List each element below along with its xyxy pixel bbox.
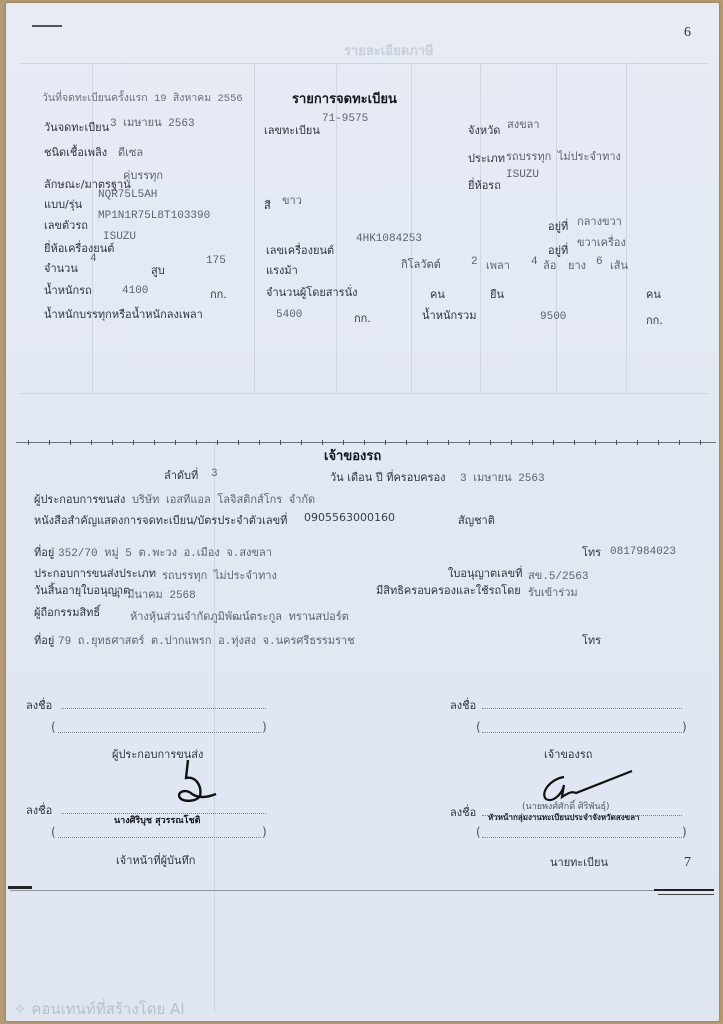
perforation-tick bbox=[679, 440, 680, 445]
operator-value: บริษัท เอสทีแอล โลจิสติกส์โกร จำกัด bbox=[132, 490, 315, 508]
tires-label: ยาง bbox=[568, 256, 586, 274]
horsepower-label: แรงม้า bbox=[266, 261, 298, 279]
perforation-tick bbox=[301, 440, 302, 445]
perforation-tick bbox=[385, 440, 386, 445]
engine-number-value: 4HK1084253 bbox=[356, 233, 422, 245]
bleed-through-title: รายละเอียดภาษี bbox=[344, 40, 434, 61]
perforation-tick bbox=[175, 440, 176, 445]
owner-name-line[interactable] bbox=[482, 732, 682, 733]
perforation-tick bbox=[280, 440, 281, 445]
fuel-value: ดีเซล bbox=[118, 143, 143, 161]
type-value: รถบรรทุก ไม่ประจำทาง bbox=[506, 147, 621, 165]
chassis-value: MP1N1R75L8T103390 bbox=[98, 210, 210, 222]
perforation-tick bbox=[259, 440, 260, 445]
owner-sign-line[interactable] bbox=[482, 708, 682, 709]
bottom-right-bar-2 bbox=[658, 894, 714, 895]
color-label: สี bbox=[264, 196, 271, 214]
owner-role: เจ้าของรถ bbox=[544, 745, 592, 763]
id-document-value: 0905563000160 bbox=[304, 511, 395, 524]
chassis-location-value: กลางขวา bbox=[577, 212, 622, 230]
perforation-tick bbox=[427, 440, 428, 445]
engine-number-label: เลขเครื่องยนต์ bbox=[266, 241, 334, 259]
kilowatt-label: กิโลวัตต์ bbox=[401, 255, 441, 273]
perforation-tick bbox=[658, 440, 659, 445]
perforation-tick bbox=[28, 440, 29, 445]
perforation-tick bbox=[217, 440, 218, 445]
license-expiry-value: 4 มีนาคม 2568 bbox=[114, 585, 196, 603]
registrar-sign-label: ลงชื่อ bbox=[450, 803, 476, 821]
model-value: NQR75L5AH bbox=[98, 189, 157, 201]
color-value: ขาว bbox=[282, 191, 302, 209]
cylinders-value: 4 bbox=[90, 253, 97, 265]
perforation-tick bbox=[553, 440, 554, 445]
perforation-tick bbox=[91, 440, 92, 445]
nationality-label: สัญชาติ bbox=[458, 511, 495, 529]
weight-unit: กก. bbox=[210, 285, 227, 303]
tires-value: 6 bbox=[596, 256, 603, 268]
fuel-label: ชนิดเชื้อเพลิง bbox=[44, 143, 107, 161]
perforation-tick bbox=[154, 440, 155, 445]
perforation-tick bbox=[70, 440, 71, 445]
weight-value: 4100 bbox=[122, 285, 148, 297]
load-weight-value: 5400 bbox=[276, 309, 302, 321]
perforation-tick bbox=[616, 440, 617, 445]
possession-date-value: 3 เมษายน 2563 bbox=[460, 468, 545, 486]
wheels-label: ล้อ bbox=[543, 256, 556, 274]
recorder-name-stamp: นางศิริบุช สุวรรณโชติ bbox=[114, 813, 200, 827]
bottom-divider bbox=[10, 890, 712, 891]
use-right-label: มีสิทธิครอบครองและใช้รถโดย bbox=[376, 581, 521, 599]
province-label: จังหวัด bbox=[468, 121, 500, 139]
owner-sign-label: ลงชื่อ bbox=[450, 696, 476, 714]
type-label: ประเภท bbox=[468, 149, 505, 167]
axles-label: เพลา bbox=[486, 256, 510, 274]
perforation-tick bbox=[574, 440, 575, 445]
perforation-tick bbox=[112, 440, 113, 445]
address-value: 352/70 หมู่ 5 ต.พะวง อ.เมือง จ.สงขลา bbox=[58, 543, 272, 561]
registration-document-page: 6 รายละเอียดภาษี วันที่จดทะเบียนครั้งแรก… bbox=[6, 3, 719, 1021]
license-number-label: ใบอนุญาตเลขที่ bbox=[448, 564, 522, 582]
engine-brand-value: ISUZU bbox=[103, 231, 136, 243]
perforation-tick bbox=[49, 440, 50, 445]
address-label: ที่อยู่ bbox=[34, 543, 54, 561]
cylinders-unit: สูบ bbox=[151, 261, 165, 279]
owner-paren-close: ) bbox=[682, 720, 687, 734]
plate-label: เลขทะเบียน bbox=[264, 121, 320, 139]
possession-date-label: วัน เดือน ปี ที่ครอบครอง bbox=[330, 468, 446, 486]
reg-date-label: วันจดทะเบียน bbox=[44, 118, 109, 136]
registrar-paren-open: ( bbox=[476, 825, 481, 839]
holder-phone-label: โทร bbox=[582, 631, 601, 649]
engine-location-value: ขวาเครื่อง bbox=[577, 233, 626, 251]
load-weight-label: น้ำหนักบรรทุกหรือน้ำหนักลงเพลา bbox=[44, 305, 203, 323]
total-weight-value: 9500 bbox=[540, 311, 566, 323]
operation-type-value: รถบรรทุก ไม่ประจำทาง bbox=[162, 566, 277, 584]
registrar-paren-close: ) bbox=[682, 825, 687, 839]
operator-label: ผู้ประกอบการขนส่ง bbox=[34, 490, 125, 508]
registration-section-title: รายการจดทะเบียน bbox=[292, 88, 397, 109]
perforation-tick bbox=[595, 440, 596, 445]
operator-sign-label: ลงชื่อ bbox=[26, 696, 52, 714]
standard-value: คู่บรรทุก bbox=[123, 166, 163, 184]
perforation-tick bbox=[406, 440, 407, 445]
page-number-top: 6 bbox=[684, 25, 691, 41]
first-registered-value: 19 สิงหาคม 2556 bbox=[154, 93, 243, 105]
total-weight-label: น้ำหนักรวม bbox=[422, 306, 476, 324]
perforation-tick bbox=[133, 440, 134, 445]
load-weight-unit: กก. bbox=[354, 309, 371, 327]
model-label: แบบ/รุ่น bbox=[44, 195, 82, 213]
first-registered-label: วันที่จดทะเบียนครั้งแรก bbox=[42, 93, 148, 105]
perforation-divider bbox=[16, 442, 716, 443]
operator-paren-open: ( bbox=[51, 720, 56, 734]
weight-label: น้ำหนักรถ bbox=[44, 281, 92, 299]
cylinders-label: จำนวน bbox=[44, 259, 78, 277]
sparkle-icon: ✧ bbox=[14, 1000, 27, 1018]
sequence-value: 3 bbox=[211, 468, 218, 480]
axles-value: 2 bbox=[471, 256, 478, 268]
operator-sign-line[interactable] bbox=[61, 708, 266, 709]
ai-watermark: ✧ คอนเทนท์ที่สร้างโดย AI bbox=[14, 997, 185, 1021]
page-number-bottom: 7 bbox=[684, 855, 691, 871]
holder-address-value: 79 ถ.ยุทธศาสตร์ ต.ปากแพรก อ.ทุ่งสง จ.นคร… bbox=[58, 631, 355, 649]
tires-unit: เส้น bbox=[610, 256, 628, 274]
perforation-tick bbox=[448, 440, 449, 445]
bottom-right-bar bbox=[654, 889, 714, 891]
use-right-value: รับเข้าร่วม bbox=[528, 583, 578, 601]
chassis-label: เลขตัวรถ bbox=[44, 216, 88, 234]
reg-date-value: 3 เมษายน 2563 bbox=[110, 113, 195, 131]
recorder-role: เจ้าหน้าที่ผู้บันทึก bbox=[116, 851, 195, 869]
perforation-tick bbox=[490, 440, 491, 445]
license-number-value: สข.5/2563 bbox=[528, 566, 588, 584]
title-holder-label: ผู้ถือกรรมสิทธิ์ bbox=[34, 603, 100, 621]
perforation-tick bbox=[511, 440, 512, 445]
id-document-label: หนังสือสำคัญแสดงการจดทะเบียน/บัตรประจำตั… bbox=[34, 511, 287, 529]
brand-value: ISUZU bbox=[506, 169, 539, 181]
operator-name-line[interactable] bbox=[58, 732, 261, 733]
operator-paren-close: ) bbox=[262, 720, 267, 734]
standing-passengers-label: ยืน bbox=[490, 285, 504, 303]
sequence-label: ลำดับที่ bbox=[164, 466, 198, 484]
wheels-value: 4 bbox=[531, 256, 538, 268]
perforation-tick bbox=[322, 440, 323, 445]
watermark-text: คอนเทนท์ที่สร้างโดย AI bbox=[31, 1000, 184, 1018]
first-registration: วันที่จดทะเบียนครั้งแรก 19 สิงหาคม 2556 bbox=[42, 89, 243, 106]
holder-address-label: ที่อยู่ bbox=[34, 631, 54, 649]
province-value: สงขลา bbox=[507, 115, 540, 133]
recorder-paren-close: ) bbox=[262, 825, 267, 839]
registrar-name-line[interactable] bbox=[482, 837, 682, 838]
seated-passengers-label: จำนวนผู้โดยสารนั่ง bbox=[266, 283, 357, 301]
total-weight-unit: กก. bbox=[646, 311, 663, 329]
recorder-name-line[interactable] bbox=[58, 837, 261, 838]
plate-value: 71-9575 bbox=[322, 113, 368, 125]
brand-label: ยี่ห้อรถ bbox=[468, 176, 501, 194]
perforation-tick bbox=[469, 440, 470, 445]
perforation-tick bbox=[700, 440, 701, 445]
top-left-mark bbox=[32, 25, 62, 27]
seated-passengers-unit: คน bbox=[430, 285, 445, 303]
owner-paren-open: ( bbox=[476, 720, 481, 734]
chassis-location-label: อยู่ที่ bbox=[548, 217, 568, 235]
horsepower-value: 175 bbox=[206, 255, 226, 267]
perforation-tick bbox=[532, 440, 533, 445]
title-holder-value: ห้างหุ้นส่วนจำกัดภูมิพัฒน์ตระกูล ทรานสปอ… bbox=[130, 607, 349, 625]
owner-section-title: เจ้าของรถ bbox=[324, 445, 381, 466]
standing-passengers-unit: คน bbox=[646, 285, 661, 303]
recorder-paren-open: ( bbox=[51, 825, 56, 839]
bottom-left-bar bbox=[8, 886, 32, 889]
operation-type-label: ประกอบการขนส่งประเภท bbox=[34, 564, 156, 582]
phone-label: โทร bbox=[582, 543, 601, 561]
recorder-sign-label: ลงชื่อ bbox=[26, 801, 52, 819]
recorder-signature-icon bbox=[166, 758, 226, 808]
perforation-tick bbox=[196, 440, 197, 445]
phone-value: 0817984023 bbox=[610, 546, 676, 558]
registrar-role: นายทะเบียน bbox=[550, 853, 608, 871]
perforation-tick bbox=[238, 440, 239, 445]
perforation-tick bbox=[637, 440, 638, 445]
registrar-title: หัวหน้ากลุ่มงานทะเบียนประจำจังหวัดสงขลา bbox=[488, 811, 639, 824]
